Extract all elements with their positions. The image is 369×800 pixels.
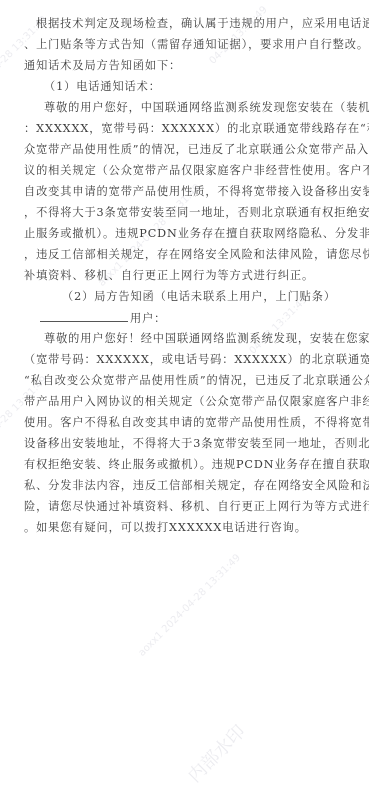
- intro-line: 通知话术及局方告知函如下：: [0, 59, 369, 73]
- notice-salutation: 用户：: [130, 312, 166, 325]
- notice-line: （宽带号码：XXXXXX，或电话号码：XXXXXX）的北京联通宽带线路存在: [0, 353, 369, 367]
- phone-script-line: 尊敬的用户您好，中国联通网络监测系统发现您安装在（装机地址: [0, 101, 369, 115]
- phone-script-line: 止服务或撤机）。违规PCDN业务存在擅自获取网络隐私、分发非法内容: [0, 227, 369, 241]
- intro-line: 根据技术判定及现场检查，确认属于违规的用户，应采用电话通知: [0, 17, 369, 31]
- notice-heading: （2）局方告知函（电话未联系上用户，上门贴条）: [0, 290, 369, 304]
- notice-line: 设备移出安装地址，不得将大于3条宽带安装至同一地址，否则北京联通: [0, 437, 369, 451]
- notice-line: 尊敬的用户您好！经中国联通网络监测系统发现，安装在您家的: [0, 332, 369, 346]
- watermark: aoxx1 2024-04-28 13:31:49: [137, 552, 243, 658]
- notice-line: 险，请您尽快通过补填资料、移机、自行更正上网行为等方式进行纠正: [0, 500, 369, 514]
- phone-script-line: ，不得将大于3条宽带安装至同一地址，否则北京联通有权拒绝安装、终: [0, 206, 369, 220]
- intro-line: 、上门贴条等方式告知（需留存通知证据），要求用户自行整改。电话: [0, 38, 369, 52]
- notice-line: 使用。客户不得私自改变其申请的宽带产品使用性质，不得将宽带接入: [0, 416, 369, 430]
- notice-line: 有权拒绝安装、终止服务或撤机）。违规PCDN业务存在擅自获取网络隐: [0, 458, 369, 472]
- notice-line: 带产品用户入网协议的相关规定（公众宽带产品仅限家庭客户非经营性: [0, 395, 369, 409]
- phone-script-line: ，违反工信部相关规定，存在网络安全风险和法律风险，请您尽快通过: [0, 248, 369, 262]
- phone-script-line: 众宽带产品使用性质”的情况，已违反了北京联通公众宽带产品入网协: [0, 143, 369, 157]
- phone-script-line: 补填资料、移机、自行更正上网行为等方式进行纠正。: [0, 269, 369, 283]
- notice-line: 。如果您有疑问，可以拨打XXXXXX电话进行咨询。: [0, 521, 369, 535]
- phone-script-line: 自改变其申请的宽带产品使用性质，不得将宽带接入设备移出安装地址: [0, 185, 369, 199]
- phone-script-line: 议的相关规定（公众宽带产品仅限家庭客户非经营性使用。客户不得私: [0, 164, 369, 178]
- notice-salutation-line: 用户：: [0, 311, 369, 326]
- user-name-blank: [40, 311, 128, 322]
- phone-script-line: ：XXXXXX，宽带号码：XXXXXX）的北京联通宽带线路存在“私自改变公: [0, 122, 369, 136]
- watermark: 内部水印: [181, 718, 250, 787]
- document-page: 04-28 13:31:49 04-28 13:31:49 aoxx1 2024…: [0, 0, 369, 800]
- notice-line: 私、分发非法内容，违反工信部相关规定，存在网络安全风险和法律风: [0, 479, 369, 493]
- phone-heading: （1）电话通知话术：: [0, 80, 369, 94]
- watermark: 04-28 13:31:49: [207, 4, 269, 66]
- notice-line: “私自改变公众宽带产品使用性质”的情况，已违反了北京联通公众宽: [0, 374, 369, 388]
